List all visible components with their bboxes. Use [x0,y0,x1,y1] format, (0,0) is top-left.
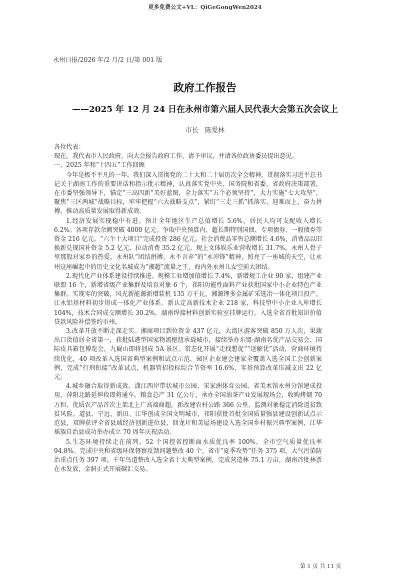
section-heading: 一、2025 年和“十四五”工作回顾 [54,161,322,170]
paragraph-salutation: 各位代表： [54,143,322,152]
paragraph-ecology: 5.生态环境持续走在前列。52 个国控省控断面水质优良率 100%，全市空气质量… [54,438,322,475]
paragraph-intro: 现在，我代表市人民政府，向大会报告政府工作，请予审议，并请各位政协委员提出意见。 [54,152,322,161]
page-number: 第 1 页 共 11 页 [300,562,341,570]
body-text: 各位代表： 现在，我代表市人民政府，向大会报告政府工作，请予审议，并请各位政协委… [54,143,322,474]
document-title: 政府工作报告 [0,80,410,95]
paragraph-industry: 2.现代化产业体系建设持续推进。规模工业增加值增长 7.4%，新增规工企业 90… [54,272,322,327]
author-line: 市长 陈爱林 [0,125,410,134]
document-subtitle: ——2025 年 12 月 24 日在永州市第六届人民代表大会第五次会议上 [0,103,410,115]
watermark-header: 更多免费公文+VL：QiGeGongWen2024 [0,3,410,11]
paragraph-reform: 3.改革开放不断走深走实。湘商项目到位资金 437 亿元，大湾区游客突破 850… [54,327,322,382]
dateline: 永州日报/2026 年/2 月/2 日/第 001 版 [53,55,162,64]
paragraph-economy: 1.经济发展实现稳中有进。预计全年地区生产总值增长 5.6%，居民人均可支配收入… [54,217,322,272]
paragraph-urban-rural: 4.城乡融合取得新成效。潇江西岸带状城市公园、宋家洲体育公园、省美术馆永州分馆建… [54,382,322,437]
paragraph-overview: 今年是极不平凡的一年。我们深入贯彻党的二十大和二十届历次全会精神，贯彻落实习近平… [54,171,322,217]
